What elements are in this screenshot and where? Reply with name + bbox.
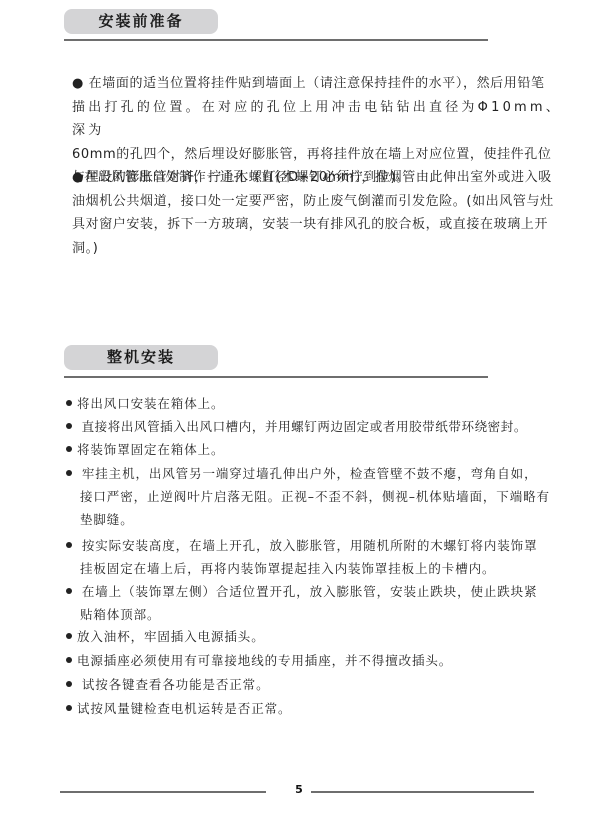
list-item: 试按风量键检查电机运转是否正常。 (66, 698, 566, 720)
section-title: 整机安装 (64, 345, 218, 370)
paragraph-vent-hole: ●在出风管出口处制作一通孔（直径D+20mm），排烟管由此伸出室外或进入吸 油烟… (72, 166, 562, 260)
list-item: 按实际安装高度，在墙上开孔，放入膨胀管，用随机所附的木螺钉将内装饰罩 挂板固定在… (66, 534, 566, 580)
section-header-installation: 整机安装 (64, 345, 218, 370)
section-divider (64, 39, 488, 41)
footer-rule-right (311, 791, 534, 793)
list-item: 直接将出风管插入出风口槽内，并用螺钉两边固定或者用胶带纸带环绕密封。 (66, 416, 566, 438)
bullet-icon (66, 657, 72, 663)
list-item: 电源插座必须使用有可靠接地线的专用插座，并不得擅改插头。 (66, 650, 566, 672)
list-item: 放入油杯，牢固插入电源插头。 (66, 626, 566, 648)
paragraph-line: 60mm的孔四个，然后埋设好膨胀管，再将挂件放在墙上对应位置，使挂件孔位 (72, 143, 562, 167)
bullet-icon (66, 588, 72, 594)
bullet-icon (66, 633, 72, 639)
paragraph-line: ● 在墙面的适当位置将挂件贴到墙面上（请注意保持挂件的水平），然后用铅笔 (72, 72, 562, 96)
bullet-icon (66, 470, 72, 476)
bullet-icon (66, 681, 72, 687)
bullet-icon (66, 446, 72, 452)
section-header-preparation: 安装前准备 (64, 9, 218, 34)
list-item: 将出风口安装在箱体上。 (66, 393, 566, 415)
section-title: 安装前准备 (64, 9, 218, 34)
paragraph-line: 油烟机公共烟道，接口处一定要严密，防止废气倒灌而引发危险。(如出风管与灶 (72, 190, 562, 214)
paragraph-line: ●在出风管出口处制作一通孔（直径D+20mm），排烟管由此伸出室外或进入吸 (72, 166, 562, 190)
bullet-icon (66, 705, 72, 711)
list-item: 将装饰罩固定在箱体上。 (66, 439, 566, 461)
footer-rule-left (60, 791, 266, 793)
paragraph-line: 描出打孔的位置。在对应的孔位上用冲击电钻钻出直径为Φ10mm、深为 (72, 96, 562, 143)
list-item: 在墙上（装饰罩左侧）合适位置开孔，放入膨胀管，安装止跌块，使止跌块紧 贴箱体顶部… (66, 580, 566, 626)
section-divider (64, 376, 488, 378)
list-item: 试按各键查看各功能是否正常。 (66, 674, 566, 696)
bullet-icon (66, 542, 72, 548)
paragraph-line: 洞。) (72, 237, 562, 261)
bullet-icon (66, 423, 72, 429)
page-number: 5 (289, 783, 309, 796)
list-item: 牢挂主机，出风管另一端穿过墙孔伸出户外，检查管壁不鼓不瘪，弯角自如， 接口严密，… (66, 462, 566, 531)
bullet-icon (66, 400, 72, 406)
paragraph-line: 具对窗户安装，拆下一方玻璃，安装一块有排风孔的胶合板，或直接在玻璃上开 (72, 213, 562, 237)
